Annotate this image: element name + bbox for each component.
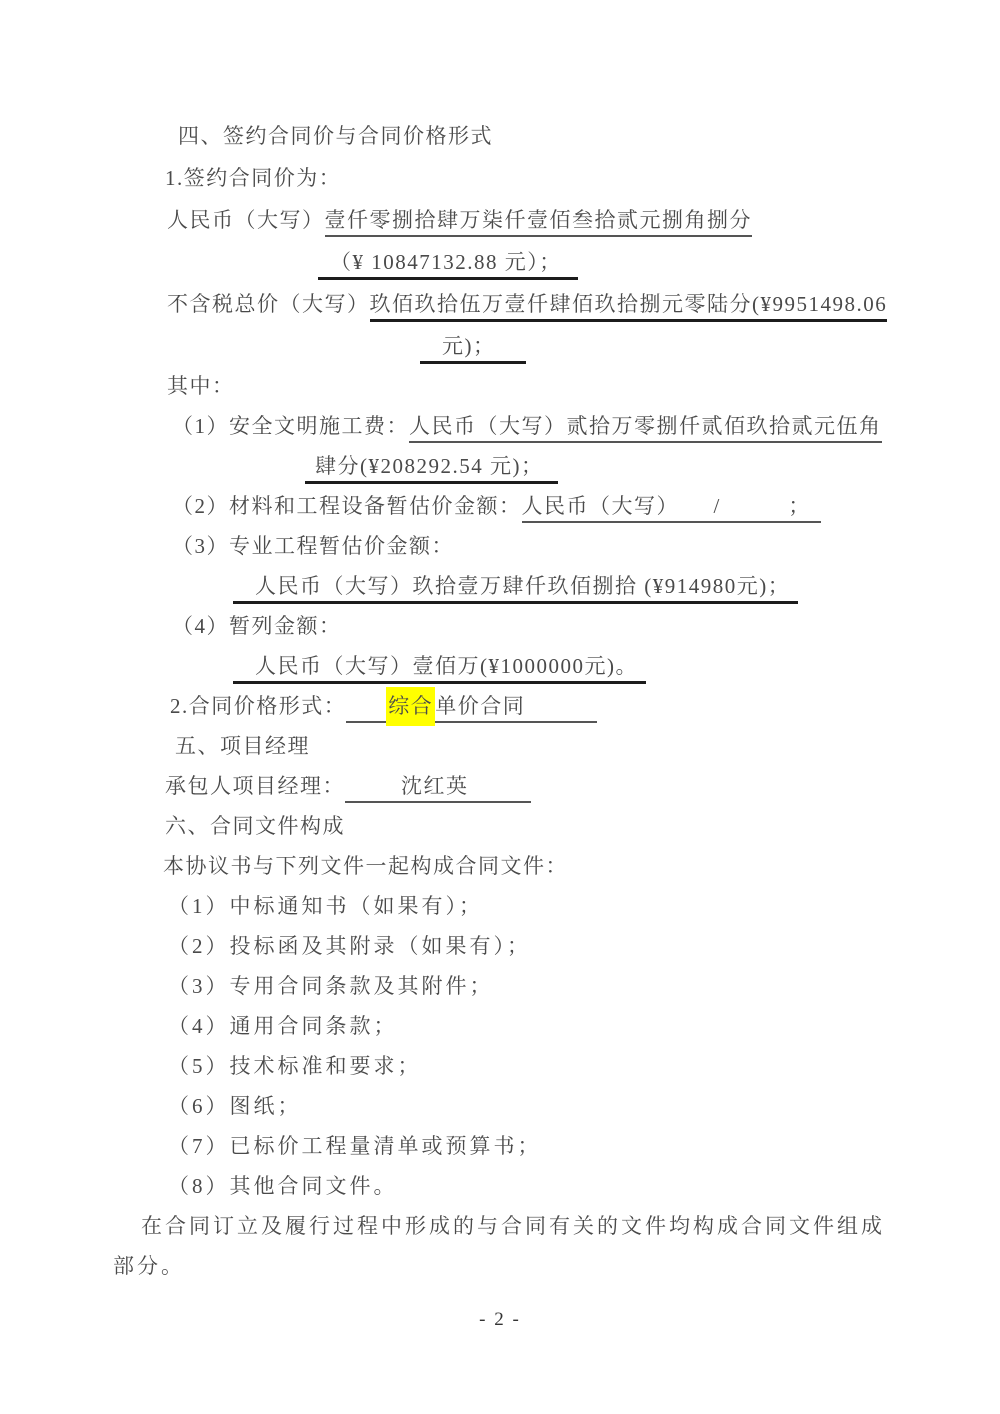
signed-price-label: 1.签约合同价为： (0, 158, 1000, 198)
safety-fee-value: 人民币（大写）贰拾万零捌仟贰佰玖拾贰元伍角 (409, 414, 882, 443)
file-list-item: （5）技术标准和要求； (0, 1046, 1000, 1086)
file-list-item: （2）投标函及其附录（如果有）； (0, 926, 1000, 966)
notax-price-tail-line: 元)； (0, 326, 1000, 366)
special-work-estimate-value: 人民币（大写）玖拾壹万肆仟玖佰捌拾 (¥914980元)； (233, 574, 798, 604)
files-intro: 本协议书与下列文件一起构成合同文件： (0, 846, 1000, 886)
safety-fee-tail: 肆分(¥208292.54 元)； (305, 454, 558, 484)
material-estimate-label: （2）材料和工程设备暂估价金额： (172, 494, 522, 518)
among-label: 其中： (0, 366, 1000, 406)
notax-price-line: 不含税总价（大写）玖佰玖拾伍万壹仟肆佰玖拾捌元零陆分(¥9951498.06 (0, 284, 1000, 324)
section5-heading: 五、项目经理 (0, 726, 1000, 766)
provisional-sum-value: 人民币（大写）壹佰万(¥1000000元)。 (233, 654, 646, 684)
file-list-item: （4）通用合同条款； (0, 1006, 1000, 1046)
file-list-item: （3）专用合同条款及其附件； (0, 966, 1000, 1006)
signed-price-capital-line: 人民币（大写）壹仟零捌拾肆万柒仟壹佰叁拾贰元捌角捌分 (0, 200, 1000, 240)
signed-price-capital-value: 壹仟零捌拾肆万柒仟壹佰叁拾贰元捌角捌分 (325, 208, 753, 237)
file-list-item: （1）中标通知书（如果有）； (0, 886, 1000, 926)
provisional-sum-label: （4）暂列金额： (0, 606, 1000, 646)
file-list-item: （6）图纸； (0, 1086, 1000, 1126)
material-estimate-value: 人民币（大写） / ； (522, 494, 821, 523)
signed-price-numeric-line: （¥ 10847132.88 元）； (0, 242, 1000, 282)
section4-heading: 四、签约合同价与合同价格形式 (0, 116, 1000, 156)
project-manager-line: 承包人项目经理：沈红英 (0, 766, 1000, 806)
price-form-value: 综合单价合同 (346, 694, 597, 723)
page-content: 四、签约合同价与合同价格形式 1.签约合同价为： 人民币（大写）壹仟零捌拾肆万柒… (0, 116, 1000, 1286)
notax-price-value: 玖佰玖拾伍万壹仟肆佰玖拾捌元零陆分(¥9951498.06 (370, 292, 888, 322)
special-work-estimate-value-line: 人民币（大写）玖拾壹万肆仟玖佰捌拾 (¥914980元)； (0, 566, 1000, 606)
material-estimate-line: （2）材料和工程设备暂估价金额：人民币（大写） / ； (0, 486, 1000, 526)
price-form-rest: 单价合同 (435, 694, 525, 718)
price-form-highlight: 综合 (386, 687, 435, 726)
notax-price-tail: 元)； (420, 334, 526, 364)
rmb-prefix: 人民币（大写） (167, 208, 325, 232)
safety-fee-line: （1）安全文明施工费：人民币（大写）贰拾万零捌仟贰佰玖拾贰元伍角 (0, 406, 1000, 446)
price-form-label: 2.合同价格形式： (170, 694, 346, 718)
page-number: - 2 - (0, 1300, 1000, 1340)
price-form-line: 2.合同价格形式：综合单价合同 (0, 686, 1000, 726)
closing-paragraph: 在合同订立及履行过程中形成的与合同有关的文件均构成合同文件组成部分。 (113, 1206, 889, 1286)
section6-heading: 六、合同文件构成 (0, 806, 1000, 846)
provisional-sum-value-line: 人民币（大写）壹佰万(¥1000000元)。 (0, 646, 1000, 686)
signed-price-numeric-value: （¥ 10847132.88 元）； (318, 250, 578, 280)
safety-fee-tail-line: 肆分(¥208292.54 元)； (0, 446, 1000, 486)
file-list-item: （7）已标价工程量清单或预算书； (0, 1126, 1000, 1166)
special-work-estimate-label: （3）专业工程暂估价金额： (0, 526, 1000, 566)
project-manager-name: 沈红英 (345, 774, 531, 803)
notax-prefix: 不含税总价（大写） (167, 292, 370, 316)
contract-document-page: 四、签约合同价与合同价格形式 1.签约合同价为： 人民币（大写）壹仟零捌拾肆万柒… (0, 0, 1000, 1414)
file-list-item: （8）其他合同文件。 (0, 1166, 1000, 1206)
project-manager-label: 承包人项目经理： (165, 774, 345, 798)
safety-fee-label: （1）安全文明施工费： (172, 414, 409, 438)
